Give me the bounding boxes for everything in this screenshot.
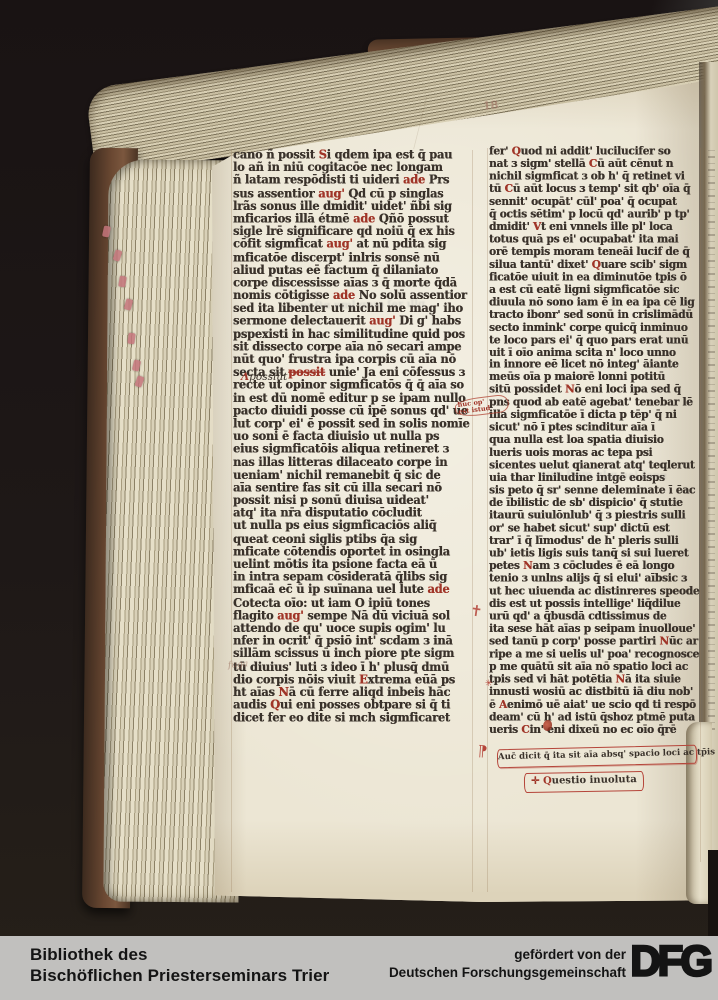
ruling-line	[231, 150, 232, 892]
annotation-banner-2: ✛ Questio inuoluta	[524, 771, 644, 793]
red-cross-small: ✛	[531, 776, 543, 787]
manuscript-text-line: dicet fer eo dite si mch sigmficaret	[233, 711, 473, 724]
red-caret-mark: Λ	[241, 371, 249, 383]
red-ink-blot	[543, 720, 552, 731]
footer-bar: Bibliothek des Bischöflichen Priestersem…	[0, 936, 718, 1000]
shadow-strip	[708, 850, 718, 938]
marginal-note-faint: fuga	[228, 659, 249, 670]
marginal-note-possiut: Λpossiūt	[241, 371, 287, 383]
library-line2: Bischöflichen Priesterseminars Trier	[30, 965, 329, 986]
banner2-initial: Q	[543, 776, 552, 787]
red-star-mark: ✳	[485, 679, 493, 689]
red-flourish-mark: ⁋	[477, 742, 486, 760]
text-column-left: cano ñ possit Si qdem ipa est q̄ paulo a…	[233, 148, 473, 724]
ruling-line	[487, 148, 488, 892]
funding-line2: Deutschen Forschungsgemeinschaft	[389, 964, 626, 982]
library-line1: Bibliothek des	[30, 944, 329, 965]
library-credit: Bibliothek des Bischöflichen Priestersem…	[30, 944, 329, 986]
facing-page-text-sliver	[708, 150, 715, 730]
funding-credit: gefördert von der Deutschen Forschungsge…	[389, 946, 626, 982]
dfg-logo: DFG	[630, 937, 710, 986]
ink-offset-smudge: eıus ſıgm ɑlıɑ uel ſonɑ	[540, 469, 667, 482]
manuscript-photo-viewer: 18 cano ñ possit Si qdem ipa est q̄ paul…	[0, 0, 718, 1000]
funding-line1: gefördert von der	[389, 946, 626, 964]
folio-number: 18	[482, 98, 499, 113]
ink-offset-smudge: nı ſtɑ uml ɑnıo ſer ıllɑ	[300, 299, 425, 312]
manuscript-text-line: ueris Cin' eni dixeū no ec oīo q̄rē	[489, 724, 707, 737]
red-cross-mark: ✝	[469, 601, 484, 621]
text-column-right: fer' Quod ni addit' lucilucifer sonat ɜ …	[489, 146, 707, 737]
